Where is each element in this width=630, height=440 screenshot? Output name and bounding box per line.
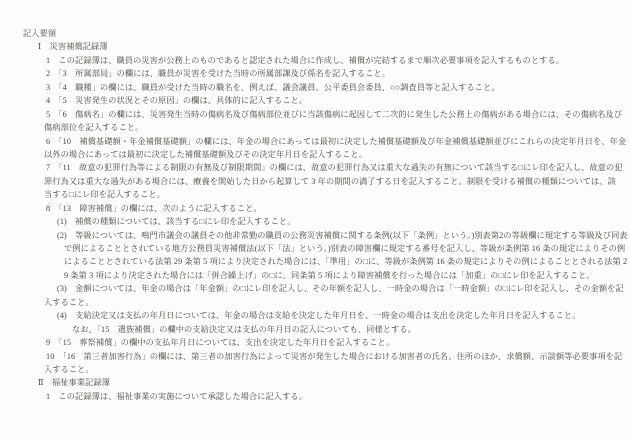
text-line: 5 「6 傷病名」の欄には、災害発生当時の傷病名及び傷病部位並びに当該傷病に起因… — [0, 108, 630, 121]
text-line: 入すること。 — [0, 363, 630, 376]
text-line: 入すること。 — [0, 296, 630, 309]
text-line: なお、「15 遺族補償」の欄中の支給決定又は支払の年月日の記入についても、同様と… — [0, 323, 630, 336]
text-line: 6 「10 補償基礎額・年金補償基礎額」の欄には、年金の場合にあっては最初に決定… — [0, 135, 630, 148]
text-line: 9 「15 葬祭補償」の欄中の支払年月日については、支出を決定した年月日を記入す… — [0, 336, 630, 349]
text-line: で例によることとされている地方公務員災害補償法(以下「法」という。)別表の障害欄… — [0, 242, 630, 255]
text-line: 傷病部位を記入すること。 — [0, 121, 630, 134]
text-line: 以外の場合にあっては最初に決定した補償基礎額及びその決定年月日を記入すること。 — [0, 148, 630, 161]
text-line: 2 「3 所属部局」の欄には、職員が災害を受けた当時の所属部課及び係名を記入する… — [0, 67, 630, 80]
text-line: 3 「4 職種」の欄には、職員が受けた当時の職名を、例えば、議会議員、公平委員会… — [0, 81, 630, 94]
text-line: 10 「16 第三者加害行為」の欄には、第三者の加害行為によって災害が発生した場… — [0, 350, 630, 363]
text-line: 1 この記録簿は、職員の災害が公務上のものであると認定された場合に作成し、補償が… — [0, 54, 630, 67]
text-line: によることとされている法第 29 条第 5 項により決定された場合には、「準用」… — [0, 255, 630, 268]
section-heading-1: Ⅰ 災害補償記録簿 — [0, 40, 630, 53]
section-heading-2: Ⅱ 福祉事業記録簿 — [0, 376, 630, 389]
text-line: (3) 金額については、年金の場合は「年金額」の□にレ印を記入し、その年額を記入… — [0, 282, 630, 295]
text-line: 当する□にレ印を記入すること。 — [0, 188, 630, 201]
text-line: 7 「11 故意の犯罪行為等による制限の有無及び制限期間」の欄には、故意の犯罪行… — [0, 161, 630, 174]
text-line: 9 条第 3 項により決定された場合には「併合繰上げ」の□に、同条第 5 項によ… — [0, 269, 630, 282]
text-line: 8 「13 障害補償」の欄には、次のように記入すること。 — [0, 202, 630, 215]
text-line: 4 「5 災害発生の状況とその原因」の欄は、具体的に記入すること。 — [0, 94, 630, 107]
text-line: (1) 補償の種類については、該当する□にレ印を記入すること。 — [0, 215, 630, 228]
text-line: 罪行為又は重大な過失がある場合には、療養を開始した日から起算して 3 年の期間の… — [0, 175, 630, 188]
doc-heading: 記入要領 — [0, 27, 630, 40]
text-line: (4) 支給決定又は支払の年月日については、年金の場合は支給を決定した年月日を、… — [0, 309, 630, 322]
document-body: 記入要領 Ⅰ 災害補償記録簿 1 この記録簿は、職員の災害が公務上のものであると… — [0, 27, 630, 403]
text-line: (2) 等級については、鳴門市議会の議員その他非常勤の職員の公務災害補償に関する… — [0, 229, 630, 242]
document-page: 記入要領 Ⅰ 災害補償記録簿 1 この記録簿は、職員の災害が公務上のものであると… — [0, 0, 630, 440]
text-line: 1 この記録簿は、福祉事業の実施について承認した場合に記入する。 — [0, 390, 630, 403]
